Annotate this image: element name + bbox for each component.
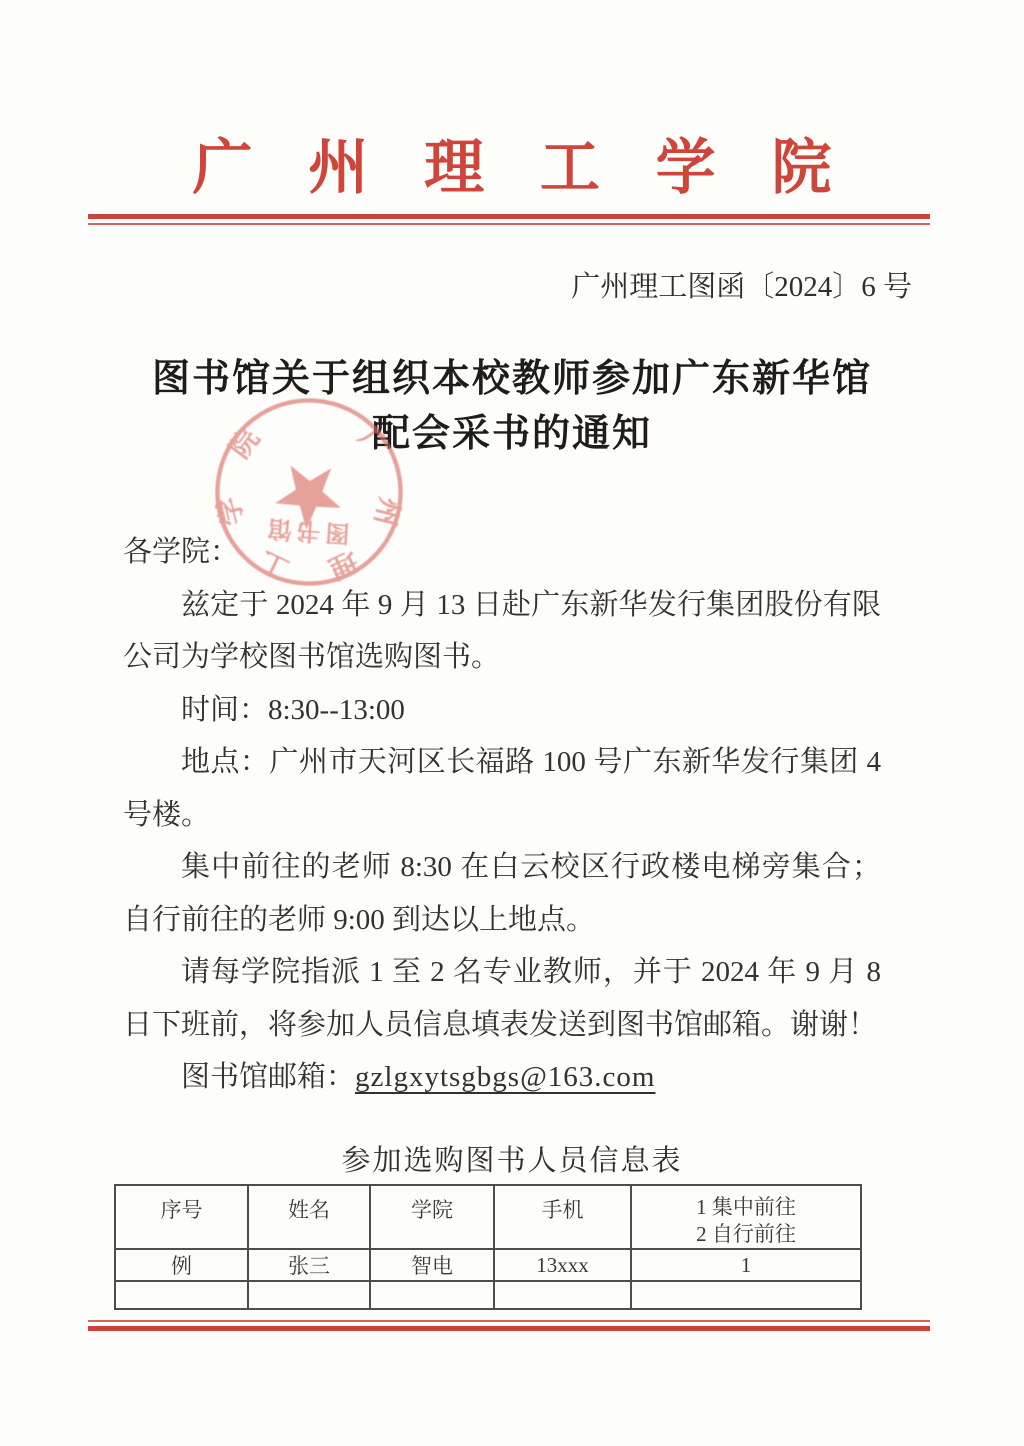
table-cell [494, 1281, 631, 1309]
table-header-travel-mode: 1 集中前往 2 自行前往 [631, 1185, 861, 1249]
table-header-college: 学院 [370, 1185, 494, 1249]
travel-option-2: 2 自行前往 [632, 1221, 860, 1248]
star-icon [274, 465, 344, 532]
table-cell: 例 [115, 1249, 248, 1281]
paragraph-time: 时间：8:30--13:00 [123, 684, 881, 737]
table-header-index: 序号 [115, 1185, 248, 1249]
table-cell: 张三 [248, 1249, 370, 1281]
scanned-notice-page: 广州理工学院 广州理工图函〔2024〕6 号 图书馆关于组织本校教师参加广东新华… [0, 0, 1024, 1446]
notice-title-line2: 配会采书的通知 [372, 413, 652, 455]
table-cell [248, 1281, 370, 1309]
paragraph-location: 地点：广州市天河区长福路 100 号广东新华发行集团 4 号楼。 [123, 736, 881, 841]
notice-title: 图书馆关于组织本校教师参加广东新华馆 配会采书的通知 [0, 352, 1024, 462]
letterhead-org-name: 广州理工学院 [0, 120, 1024, 206]
table-row-empty [115, 1281, 861, 1309]
notice-title-line1: 图书馆关于组织本校教师参加广东新华馆 [152, 358, 872, 400]
footer-divider-rule [88, 1320, 930, 1331]
email-label: 图书馆邮箱： [181, 1061, 355, 1093]
paragraph-arrangement: 兹定于 2024 年 9 月 13 日赴广东新华发行集团股份有限公司为学校图书馆… [123, 579, 881, 684]
document-number: 广州理工图函〔2024〕6 号 [571, 264, 912, 305]
paragraph-gathering: 集中前往的老师 8:30 在白云校区行政楼电梯旁集合；自行前往的老师 9:00 … [123, 841, 881, 946]
table-cell [631, 1281, 861, 1309]
table-cell: 13xxx [494, 1249, 631, 1281]
email-address: gzlgxytsgbgs@163.com [355, 1061, 655, 1093]
table-title: 参加选购图书人员信息表 [0, 1138, 1024, 1179]
table-header-name: 姓名 [248, 1185, 370, 1249]
salutation: 各学院： [123, 526, 881, 579]
email-line: 图书馆邮箱：gzlgxytsgbgs@163.com [123, 1051, 881, 1104]
letterhead-divider-rule [88, 214, 930, 225]
table-row-example: 例 张三 智电 13xxx 1 [115, 1249, 861, 1281]
table-cell: 1 [631, 1249, 861, 1281]
participants-info-table: 序号 姓名 学院 手机 1 集中前往 2 自行前往 例 张三 智电 13xxx … [114, 1184, 862, 1310]
table-cell [115, 1281, 248, 1309]
table-cell [370, 1281, 494, 1309]
notice-body: 各学院： 兹定于 2024 年 9 月 13 日赴广东新华发行集团股份有限公司为… [123, 526, 881, 1104]
table-header-phone: 手机 [494, 1185, 631, 1249]
paragraph-request: 请每学院指派 1 至 2 名专业教师，并于 2024 年 9 月 8 日下班前，… [123, 946, 881, 1051]
table-cell: 智电 [370, 1249, 494, 1281]
travel-option-1: 1 集中前往 [632, 1194, 860, 1221]
table-header-row: 序号 姓名 学院 手机 1 集中前往 2 自行前往 [115, 1185, 861, 1249]
